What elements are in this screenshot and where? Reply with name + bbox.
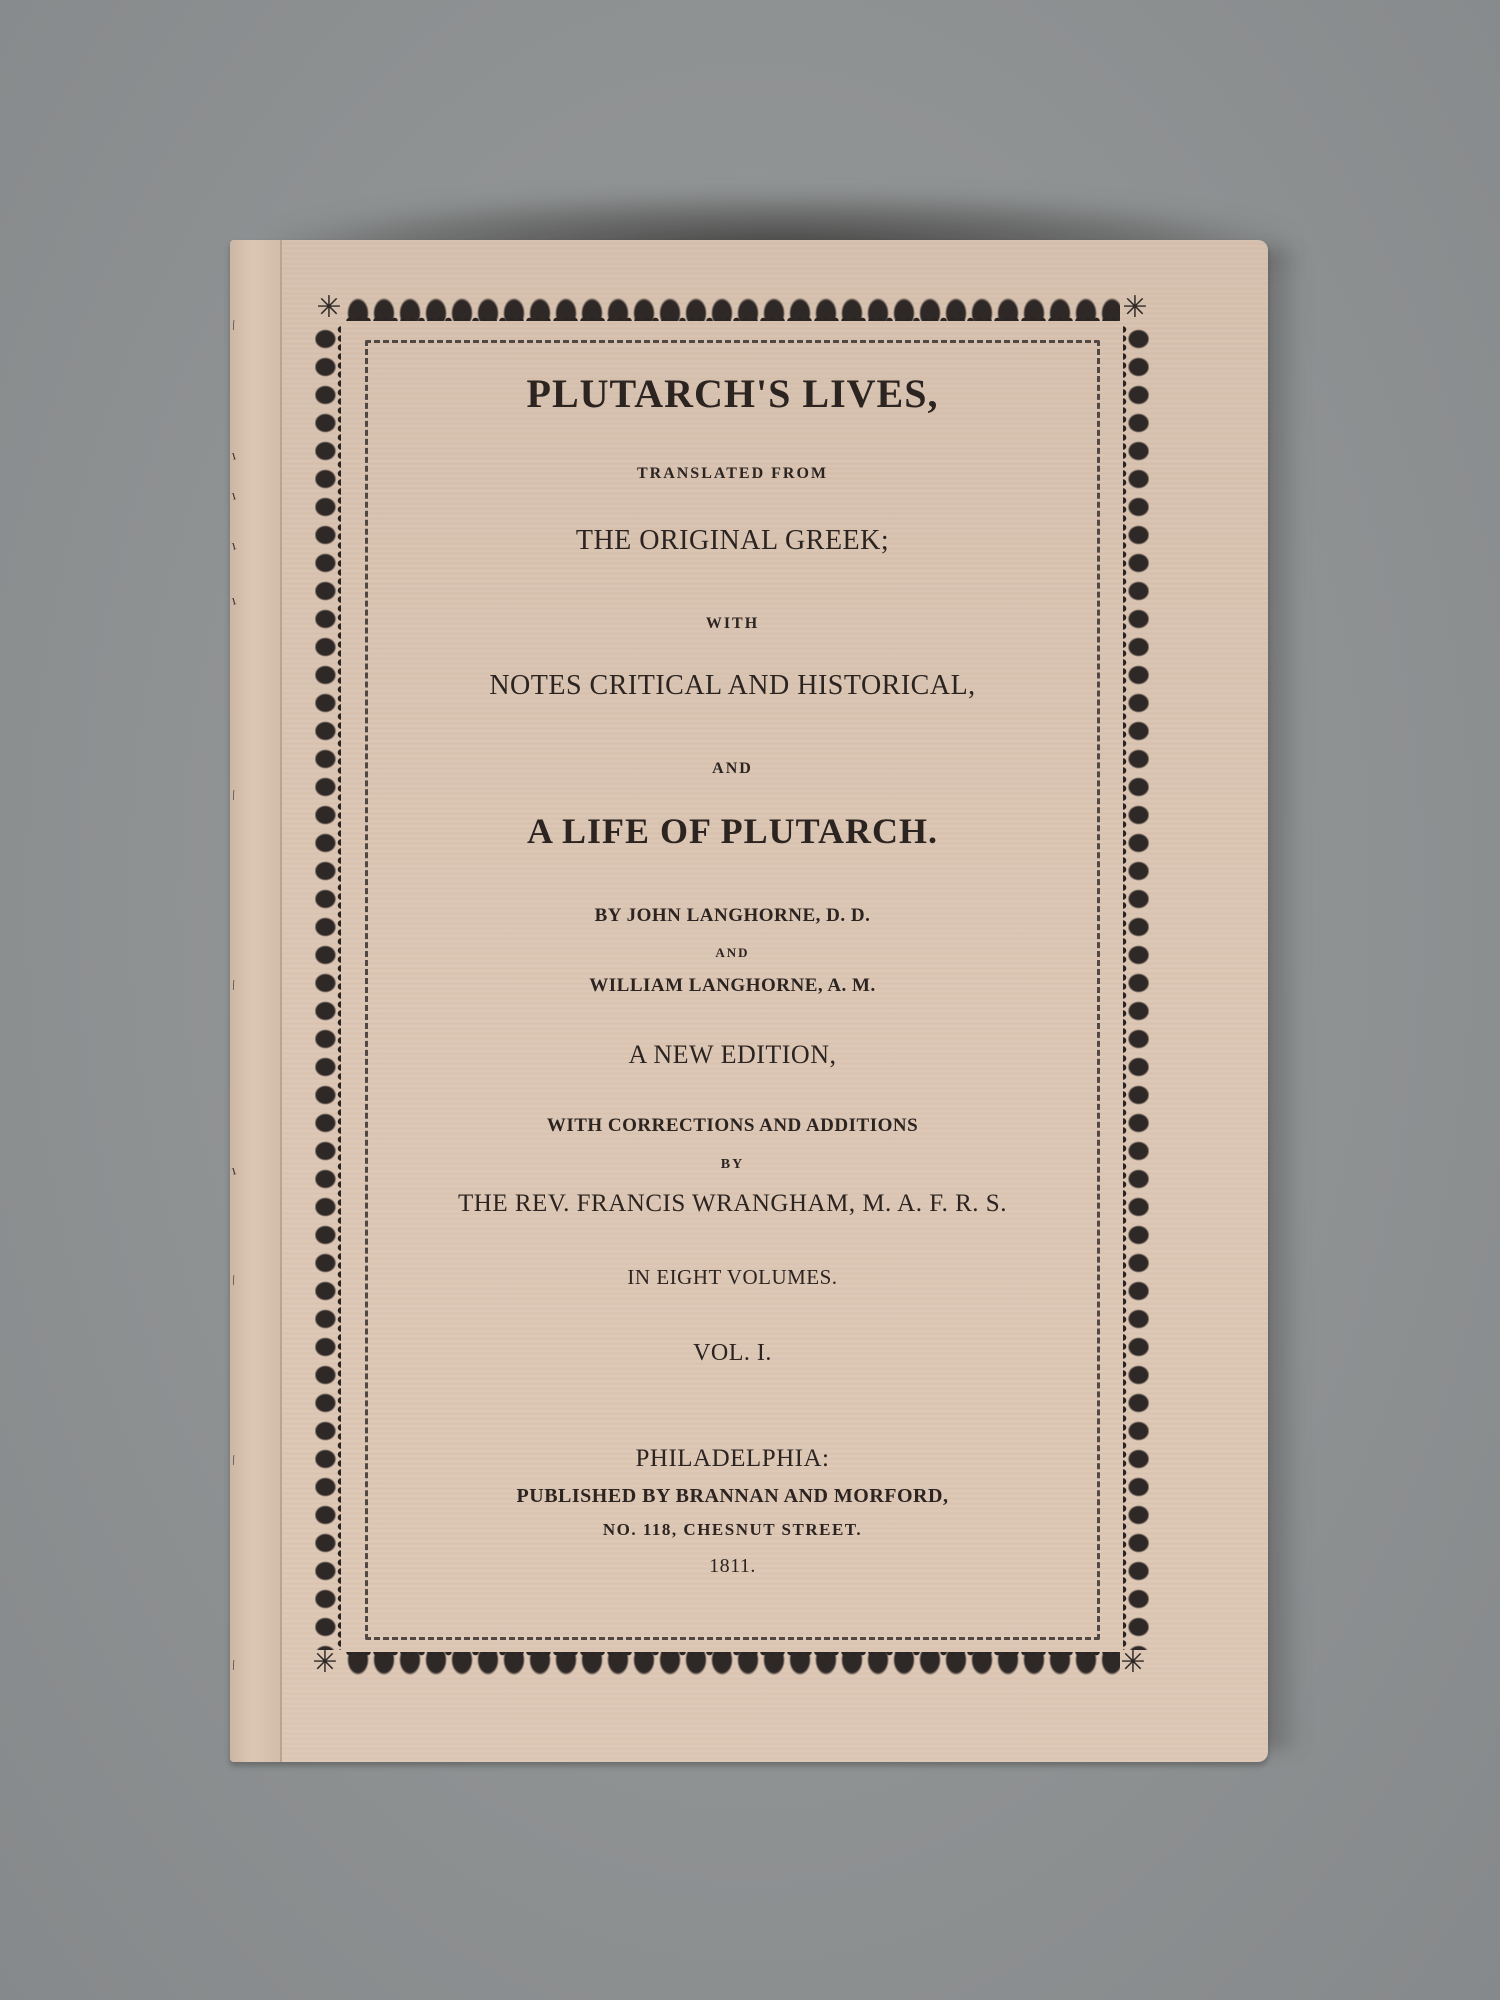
spine-mark: /: [231, 979, 242, 993]
year: 1811.: [390, 1555, 1075, 1578]
eight-volumes: IN EIGHT VOLUMES.: [390, 1265, 1075, 1290]
editor-line: THE REV. FRANCIS WRANGHAM, M. A. F. R. S…: [390, 1190, 1075, 1218]
corner-star-icon: ✳: [314, 293, 344, 323]
spine-mark: /: [231, 1659, 242, 1673]
corner-star-icon: ✳: [1120, 293, 1150, 323]
spine-mark: /: [231, 319, 242, 333]
book-title: PLUTARCH'S LIVES,: [390, 370, 1075, 417]
spine-mark: ı: [231, 539, 242, 553]
spine-mark: /: [231, 1274, 242, 1288]
spine-mark: ı: [231, 489, 242, 503]
fleuron-border-left: [315, 325, 341, 1650]
fleuron-border-top: [345, 295, 1120, 321]
corner-star-icon: ✳: [1118, 1648, 1148, 1678]
spine-mark: ı: [231, 449, 242, 463]
author-john: BY JOHN LANGHORNE, D. D.: [390, 905, 1075, 927]
with-label: WITH: [390, 615, 1075, 633]
and-label-1: AND: [390, 760, 1075, 778]
spine-mark: ı: [231, 1164, 242, 1178]
fleuron-border-bottom: [345, 1652, 1120, 1678]
fleuron-border-right: [1123, 325, 1149, 1650]
new-edition: A NEW EDITION,: [390, 1040, 1075, 1070]
volume-number: VOL. I.: [390, 1340, 1075, 1367]
notes-line: NOTES CRITICAL AND HISTORICAL,: [390, 670, 1075, 702]
book-shadow-right: [1262, 250, 1302, 1750]
book-cover: / ı ı ı ı / / ı / / / ✳ ✳ ✳ ✳ PLUTARCH'S…: [230, 240, 1268, 1762]
book-spine: / ı ı ı ı / / ı / / /: [230, 240, 282, 1762]
life-of-plutarch: A LIFE OF PLUTARCH.: [390, 810, 1075, 852]
spine-mark: ı: [231, 594, 242, 608]
and-label-2: AND: [390, 945, 1075, 961]
title-page: PLUTARCH'S LIVES, TRANSLATED FROM THE OR…: [390, 365, 1075, 1615]
address: NO. 118, CHESNUT STREET.: [390, 1520, 1075, 1540]
spine-mark: /: [231, 1454, 242, 1468]
original-greek: THE ORIGINAL GREEK;: [390, 525, 1075, 557]
spine-mark: /: [231, 789, 242, 803]
publisher: PUBLISHED BY BRANNAN AND MORFORD,: [390, 1485, 1075, 1508]
author-william: WILLIAM LANGHORNE, A. M.: [390, 975, 1075, 997]
city: PHILADELPHIA:: [390, 1445, 1075, 1473]
corner-star-icon: ✳: [310, 1648, 340, 1678]
corrections-line: WITH CORRECTIONS AND ADDITIONS: [390, 1115, 1075, 1137]
by-label: BY: [390, 1157, 1075, 1173]
translated-from: TRANSLATED FROM: [390, 465, 1075, 483]
